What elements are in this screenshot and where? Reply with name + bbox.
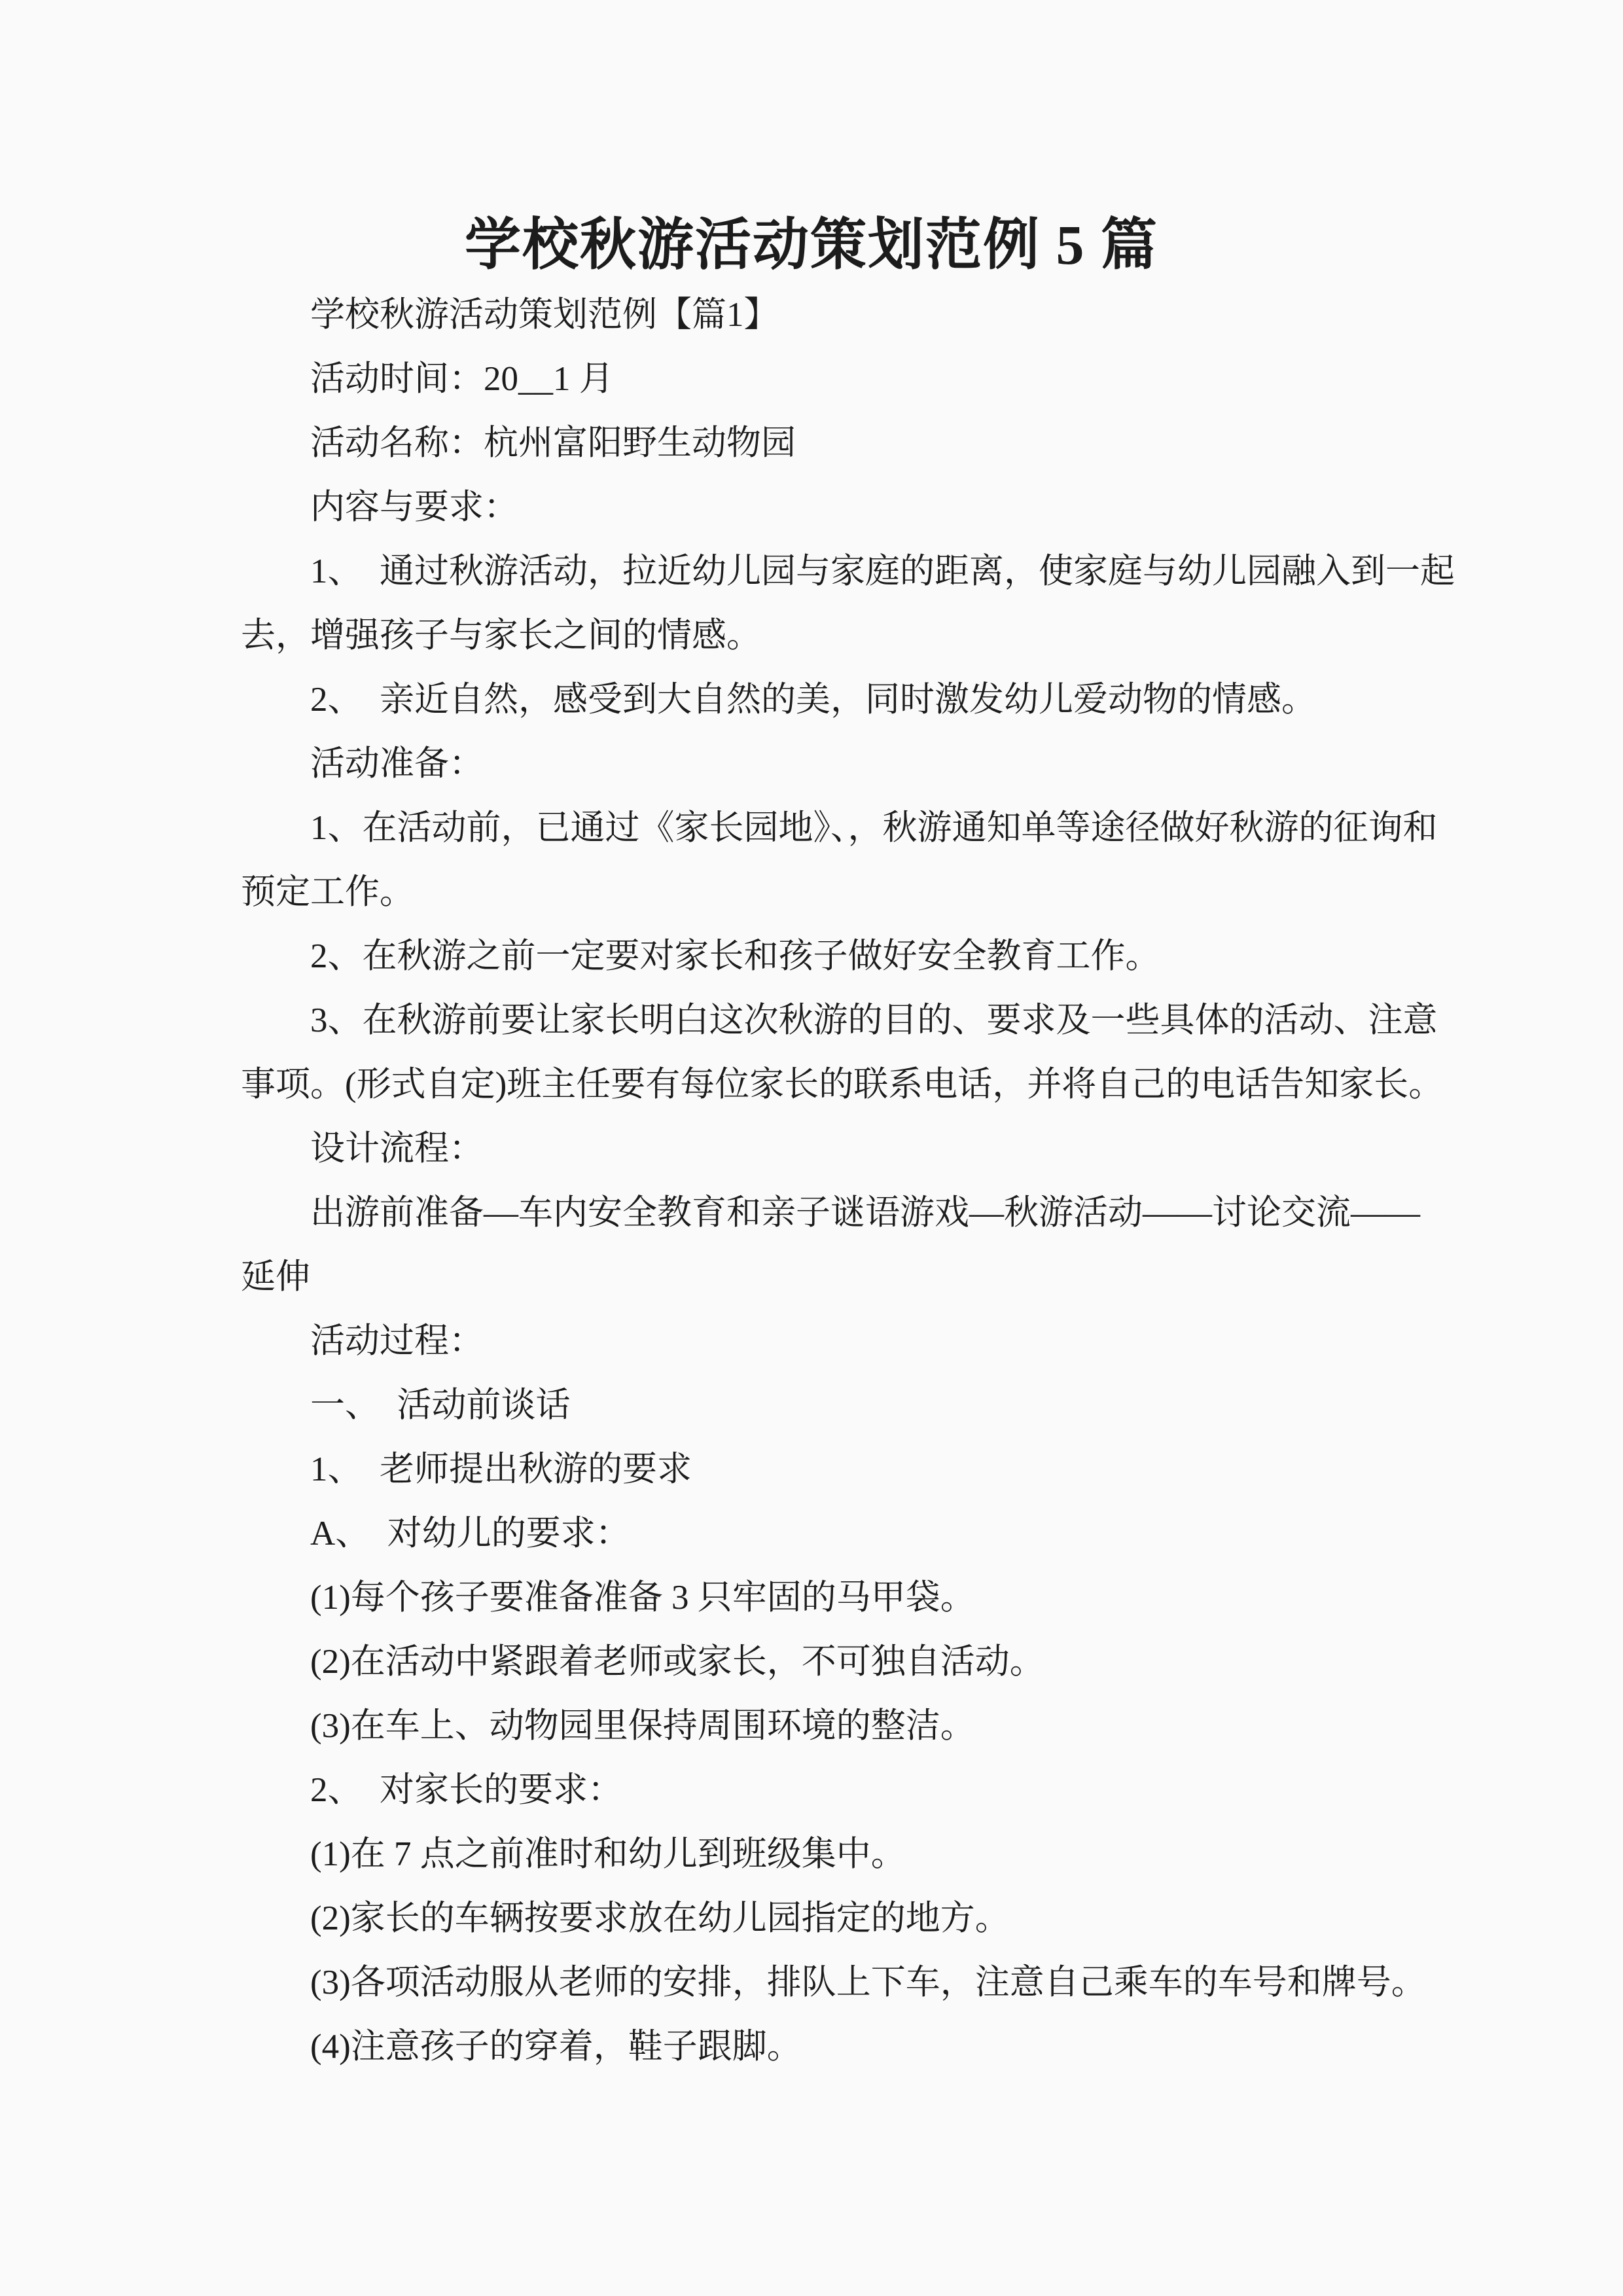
document-line: 出游前准备—车内安全教育和亲子谜语游戏—秋游活动——讨论交流—— <box>241 1181 1429 1245</box>
document-line: 1、在活动前，已通过《家长园地》、，秋游通知单等途径做好秋游的征询和 <box>241 796 1429 860</box>
document-title: 学校秋游活动策划范例 5 篇 <box>0 208 1623 281</box>
document-line: 活动过程： <box>241 1309 1429 1373</box>
document-line: 事项。(形式自定)班主任要有每位家长的联系电话，并将自己的电话告知家长。 <box>241 1052 1429 1117</box>
document-line: (3)各项活动服从老师的安排，排队上下车，注意自己乘车的车号和牌号。 <box>241 1950 1429 2015</box>
document-line: 2、 对家长的要求： <box>241 1758 1429 1822</box>
document-line: (1)在 7 点之前准时和幼儿到班级集中。 <box>241 1822 1429 1886</box>
document-line: 2、 亲近自然，感受到大自然的美，同时激发幼儿爱动物的情感。 <box>241 668 1429 732</box>
document-line: 2、在秋游之前一定要对家长和孩子做好安全教育工作。 <box>241 924 1429 988</box>
document-line: 3、在秋游前要让家长明白这次秋游的目的、要求及一些具体的活动、注意 <box>241 988 1429 1052</box>
document-line: 预定工作。 <box>241 860 1429 924</box>
document-line: (2)在活动中紧跟着老师或家长，不可独自活动。 <box>241 1630 1429 1694</box>
document-page: 学校秋游活动策划范例 5 篇 学校秋游活动策划范例【篇1】活动时间：20__1 … <box>0 0 1623 2296</box>
document-line: (3)在车上、动物园里保持周围环境的整洁。 <box>241 1694 1429 1758</box>
document-line: (1)每个孩子要准备准备 3 只牢固的马甲袋。 <box>241 1566 1429 1630</box>
document-line: 设计流程： <box>241 1117 1429 1181</box>
document-line: 学校秋游活动策划范例【篇1】 <box>241 283 1429 347</box>
document-line: 1、 通过秋游活动，拉近幼儿园与家庭的距离，使家庭与幼儿园融入到一起 <box>241 539 1429 603</box>
document-body: 学校秋游活动策划范例【篇1】活动时间：20__1 月活动名称：杭州富阳野生动物园… <box>241 283 1429 2079</box>
document-line: 活动时间：20__1 月 <box>241 347 1429 411</box>
document-line: 内容与要求： <box>241 475 1429 539</box>
document-line: (2)家长的车辆按要求放在幼儿园指定的地方。 <box>241 1886 1429 1950</box>
document-line: A、 对幼儿的要求： <box>241 1501 1429 1566</box>
document-line: 活动准备： <box>241 732 1429 796</box>
document-line: 一、 活动前谈话 <box>241 1373 1429 1437</box>
document-line: (4)注意孩子的穿着，鞋子跟脚。 <box>241 2015 1429 2079</box>
document-line: 延伸 <box>241 1245 1429 1309</box>
document-line: 活动名称：杭州富阳野生动物园 <box>241 411 1429 475</box>
document-line: 1、 老师提出秋游的要求 <box>241 1437 1429 1501</box>
document-line: 去，增强孩子与家长之间的情感。 <box>241 603 1429 668</box>
